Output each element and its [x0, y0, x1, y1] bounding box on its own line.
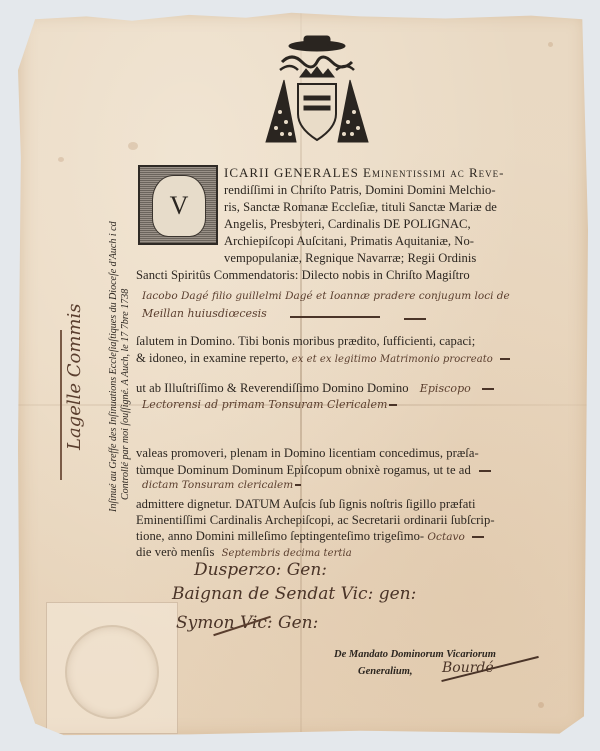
heading-line: Sancti Spiritûs Commendatoris: Dilecto n…: [136, 267, 470, 284]
cardinal-coat-of-arms-icon: [262, 32, 372, 152]
stain: [548, 42, 553, 47]
stain: [538, 702, 544, 708]
handwritten-tonsure: Lectorensi ad primam Tonsuram Clericalem: [142, 398, 397, 411]
fill-dash: [404, 318, 426, 320]
fill-dash: [290, 316, 380, 318]
handwritten-date: Septembris decima tertia: [222, 548, 352, 559]
handwritten-recipient-name: Iacobo Dagé filio guillelmi Dagé et Ioan…: [142, 290, 510, 302]
handwritten-bishop: Episcopo: [420, 382, 471, 395]
mandate-line: Generalium,: [358, 666, 413, 677]
drop-cap-letter: V: [170, 191, 189, 221]
signature-vicar-2: Baignan de Sendat Vic: gen:: [172, 584, 416, 604]
body-line: Eminentiſſimi Cardinalis Archepiſcopi, a…: [136, 512, 495, 529]
body-line: ut ab Illuſtriſſimo & Reverendiſſimo Dom…: [136, 380, 494, 398]
heading-line: vempopulaniæ, Regnique Navarræ; Regii Or…: [224, 250, 476, 267]
signature-vicar-1: Dusperzo: Gen:: [194, 560, 327, 580]
handwritten-legitimacy: ex et ex legitimo Matrimonio procreato: [292, 354, 493, 365]
handwritten-tonsure-2: dictam Tonsuram clericalem: [142, 479, 301, 491]
body-line: & idoneo, in examine reperto, ex et ex l…: [136, 350, 510, 369]
body-line: valeas promoveri, plenam in Domino licen…: [136, 445, 479, 462]
heading-line: Angelis, Presbyteri, Cardinalis DE POLIG…: [224, 216, 471, 233]
handwritten-year: Octavo: [427, 531, 465, 543]
heading-line: rendiſſimi in Chriſto Patris, Domini Dom…: [224, 182, 496, 199]
heading-line: ris, Sanctæ Romanæ Eccleſiæ, tituli Sanc…: [224, 199, 497, 216]
body-line: ſalutem in Domino. Tibi bonis moribus pr…: [136, 333, 475, 350]
heading-line: ICARII GENERALES Eminentiſſimi ac Reve-: [224, 165, 504, 182]
body-line: tione, anno Domini milleſimo ſeptingente…: [136, 528, 484, 546]
heading-line: Archiepiſcopi Auſcitani, Primatis Aquita…: [224, 233, 474, 250]
margin-clerk-signature: Lagelle Commis: [64, 304, 85, 451]
body-line: tùmque Dominum Dominum Epiſcopum obnixè …: [136, 462, 491, 479]
margin-control-line: Controllé par moi ſouſſigné. A Auch, le …: [120, 289, 131, 500]
stain: [58, 157, 64, 162]
decorated-drop-cap: V: [138, 165, 218, 245]
margin-flourish: [60, 330, 62, 480]
mandate-line: De Mandato Dominorum Vicariorum: [334, 649, 496, 660]
margin-insinuation-line: Inſinué au Greffe des Inſinuations Eccle…: [108, 221, 119, 512]
handwritten-recipient-parish: Meillan huiusdiœcesis: [142, 307, 267, 320]
embossed-seal: [46, 602, 178, 734]
stain: [128, 142, 138, 150]
body-line: admittere dignetur. DATUM Auſcis ſub ſig…: [136, 496, 476, 513]
